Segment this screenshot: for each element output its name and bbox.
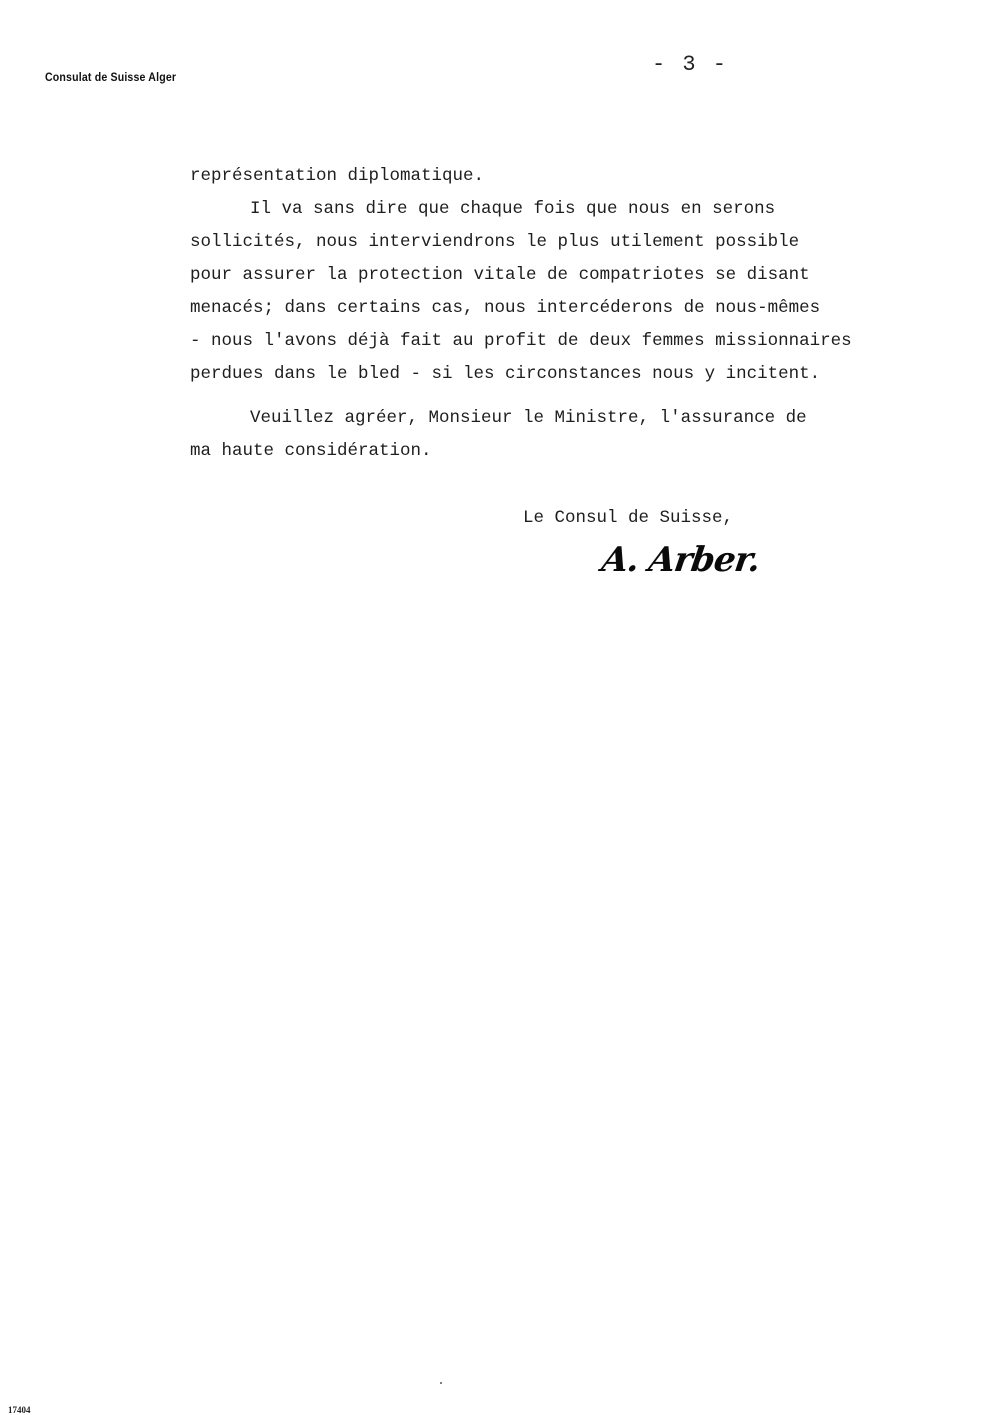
text-line: pour assurer la protection vitale de com… — [190, 259, 852, 292]
signature: A. Arber. — [599, 540, 762, 580]
text-line: représentation diplomatique. — [190, 160, 852, 193]
text-line: - nous l'avons déjà fait au profit de de… — [190, 325, 852, 358]
paragraph-1: représentation diplomatique. — [190, 160, 852, 193]
scan-speck — [440, 1382, 442, 1384]
archive-number: 17404 — [8, 1405, 31, 1415]
text-line: perdues dans le bled - si les circonstan… — [190, 358, 852, 391]
text-line: sollicités, nous interviendrons le plus … — [190, 226, 852, 259]
paragraph-3: Veuillez agréer, Monsieur le Ministre, l… — [190, 402, 852, 468]
paragraph-2: Il va sans dire que chaque fois que nous… — [190, 193, 852, 391]
page-number: - 3 - — [652, 52, 728, 77]
letterhead: Consulat de Suisse Alger — [45, 70, 176, 84]
text-line: ma haute considération. — [190, 435, 852, 468]
closing-title: Le Consul de Suisse, — [523, 508, 733, 528]
text-line: menacés; dans certains cas, nous intercé… — [190, 292, 852, 325]
letter-body: représentation diplomatique. Il va sans … — [190, 160, 852, 468]
text-line: Veuillez agréer, Monsieur le Ministre, l… — [190, 402, 852, 435]
text-line: Il va sans dire que chaque fois que nous… — [190, 193, 852, 226]
